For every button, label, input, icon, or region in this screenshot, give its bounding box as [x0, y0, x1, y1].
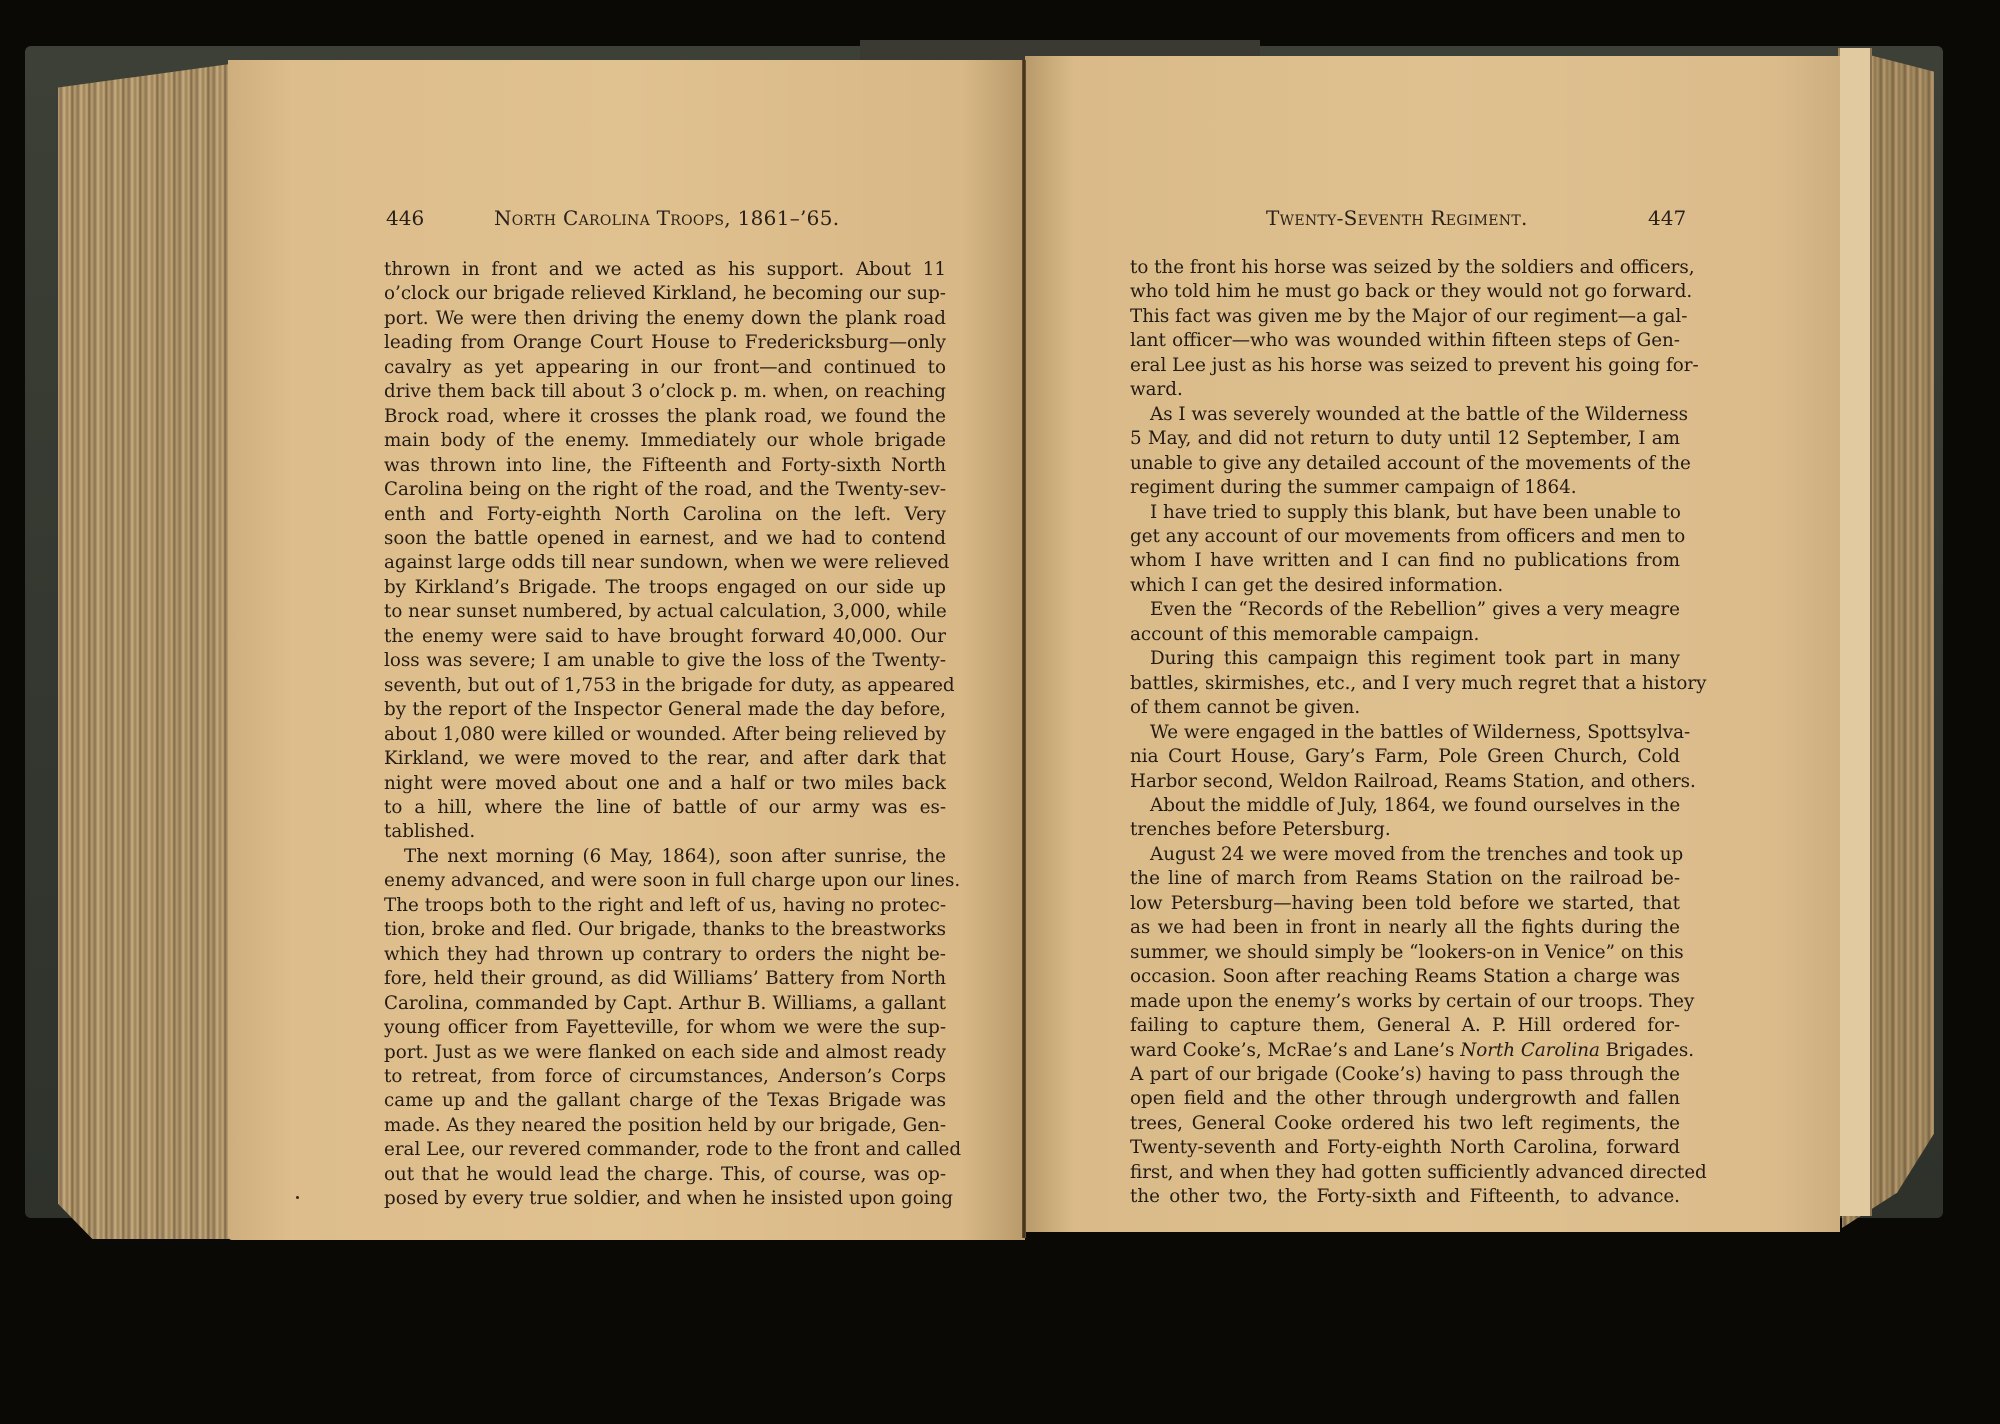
book-gutter — [1022, 60, 1026, 1238]
text-line: 5 May, and did not return to duty until … — [1130, 427, 1680, 451]
left-running-head: North Carolina Troops, 1861–’65. — [494, 206, 839, 230]
text-line: by the report of the Inspector General m… — [384, 698, 946, 722]
left-page-number: 446 — [386, 206, 424, 230]
text-line: which they had thrown up contrary to ord… — [384, 943, 946, 967]
text-line: A part of our brigade (Cooke’s) having t… — [1130, 1063, 1680, 1087]
text-line: tablished. — [384, 820, 946, 844]
text-line: came up and the gallant charge of the Te… — [384, 1089, 946, 1113]
text-line: open field and the other through undergr… — [1130, 1087, 1680, 1111]
text-line: The next morning (6 May, 1864), soon aft… — [384, 845, 946, 869]
text-line: against large odds till near sundown, wh… — [384, 551, 946, 575]
text-line: Even the “Records of the Rebellion” give… — [1130, 598, 1680, 622]
text-line: seventh, but out of 1,753 in the brigade… — [384, 674, 946, 698]
left-page-body: thrown in front and we acted as his supp… — [384, 258, 946, 1212]
right-running-head: Twenty-Seventh Regiment. — [1266, 206, 1528, 230]
text-line: I have tried to supply this blank, but h… — [1130, 501, 1680, 525]
text-line: whom I have written and I can find no pu… — [1130, 549, 1680, 573]
text-line: the other two, the Forty-sixth and Fifte… — [1130, 1185, 1680, 1209]
text-line: regiment during the summer campaign of 1… — [1130, 476, 1680, 500]
text-line: unable to give any detailed account of t… — [1130, 452, 1680, 476]
paper-speck — [1328, 1194, 1331, 1197]
text-line: summer, we should simply be “lookers-on … — [1130, 941, 1680, 965]
text-line: eral Lee, our revered commander, rode to… — [384, 1138, 946, 1162]
text-line: battles, skirmishes, etc., and I very mu… — [1130, 672, 1680, 696]
text-line: the enemy were said to have brought forw… — [384, 625, 946, 649]
text-line: loss was severe; I am unable to give the… — [384, 649, 946, 673]
text-line: Carolina, commanded by Capt. Arthur B. W… — [384, 992, 946, 1016]
text-line: trenches before Petersburg. — [1130, 818, 1680, 842]
text-line: to near sunset numbered, by actual calcu… — [384, 600, 946, 624]
text-run: Brigades. — [1600, 1040, 1694, 1061]
text-line: out that he would lead the charge. This,… — [384, 1163, 946, 1187]
text-line: port. Just as we were flanked on each si… — [384, 1041, 946, 1065]
text-line: Kirkland, we were moved to the rear, and… — [384, 747, 946, 771]
text-line: thrown in front and we acted as his supp… — [384, 258, 946, 282]
text-line: to a hill, where the line of battle of o… — [384, 796, 946, 820]
text-line: ward Cooke’s, McRae’s and Lane’s North C… — [1130, 1039, 1680, 1063]
text-line: August 24 we were moved from the trenche… — [1130, 843, 1680, 867]
text-line: We were engaged in the battles of Wilder… — [1130, 721, 1680, 745]
right-page-body: to the front his horse was seized by the… — [1130, 256, 1680, 1210]
text-line: tion, broke and fled. Our brigade, thank… — [384, 918, 946, 942]
text-line: night were moved about one and a half or… — [384, 772, 946, 796]
text-line: port. We were then driving the enemy dow… — [384, 307, 946, 331]
right-flyleaf — [1838, 48, 1872, 1216]
text-line: about 1,080 were killed or wounded. Afte… — [384, 723, 946, 747]
text-line: occasion. Soon after reaching Reams Stat… — [1130, 965, 1680, 989]
text-line: first, and when they had gotten sufficie… — [1130, 1161, 1680, 1185]
text-line: About the middle of July, 1864, we found… — [1130, 794, 1680, 818]
text-line: the line of march from Reams Station on … — [1130, 867, 1680, 891]
paper-speck — [296, 1196, 299, 1199]
text-line: eral Lee just as his horse was seized to… — [1130, 354, 1680, 378]
text-line: lant officer—who was wounded within fift… — [1130, 329, 1680, 353]
text-line: which I can get the desired information. — [1130, 574, 1680, 598]
text-line: was thrown into line, the Fifteenth and … — [384, 454, 946, 478]
text-line: enth and Forty-eighth North Carolina on … — [384, 503, 946, 527]
right-page-number: 447 — [1648, 206, 1686, 230]
text-line: to the front his horse was seized by the… — [1130, 256, 1680, 280]
text-line: low Petersburg—having been told before w… — [1130, 892, 1680, 916]
text-line: Twenty-seventh and Forty-eighth North Ca… — [1130, 1136, 1680, 1160]
text-line: made upon the enemy’s works by certain o… — [1130, 990, 1680, 1014]
text-line: trees, General Cooke ordered his two lef… — [1130, 1112, 1680, 1136]
text-line: o’clock our brigade relieved Kirkland, h… — [384, 282, 946, 306]
text-line: The troops both to the right and left of… — [384, 894, 946, 918]
text-line: During this campaign this regiment took … — [1130, 647, 1680, 671]
text-line: fore, held their ground, as did Williams… — [384, 967, 946, 991]
text-line: get any account of our movements from of… — [1130, 525, 1680, 549]
text-line: nia Court House, Gary’s Farm, Pole Green… — [1130, 745, 1680, 769]
left-page-edges — [58, 64, 230, 1239]
text-line: cavalry as yet appearing in our front—an… — [384, 356, 946, 380]
text-line: soon the battle opened in earnest, and w… — [384, 527, 946, 551]
text-line: Harbor second, Weldon Railroad, Reams St… — [1130, 770, 1680, 794]
text-line: of them cannot be given. — [1130, 696, 1680, 720]
text-line: This fact was given me by the Major of o… — [1130, 305, 1680, 329]
text-line: as we had been in front in nearly all th… — [1130, 916, 1680, 940]
text-line: enemy advanced, and were soon in full ch… — [384, 869, 946, 893]
text-line: drive them back till about 3 o’clock p. … — [384, 380, 946, 404]
text-line: made. As they neared the position held b… — [384, 1114, 946, 1138]
text-line: Brock road, where it crosses the plank r… — [384, 405, 946, 429]
text-line: who told him he must go back or they wou… — [1130, 280, 1680, 304]
text-line: leading from Orange Court House to Frede… — [384, 331, 946, 355]
text-line: main body of the enemy. Immediately our … — [384, 429, 946, 453]
text-line: posed by every true soldier, and when he… — [384, 1187, 946, 1211]
text-line: Carolina being on the right of the road,… — [384, 478, 946, 502]
text-line: to retreat, from force of circumstances,… — [384, 1065, 946, 1089]
text-run: ward Cooke’s, McRae’s and Lane’s — [1130, 1040, 1460, 1061]
italic-text-run: North Carolina — [1460, 1040, 1600, 1061]
text-line: failing to capture them, General A. P. H… — [1130, 1014, 1680, 1038]
text-line: ward. — [1130, 378, 1680, 402]
text-line: As I was severely wounded at the battle … — [1130, 403, 1680, 427]
text-line: by Kirkland’s Brigade. The troops engage… — [384, 576, 946, 600]
text-line: young officer from Fayetteville, for who… — [384, 1016, 946, 1040]
text-line: account of this memorable campaign. — [1130, 623, 1680, 647]
